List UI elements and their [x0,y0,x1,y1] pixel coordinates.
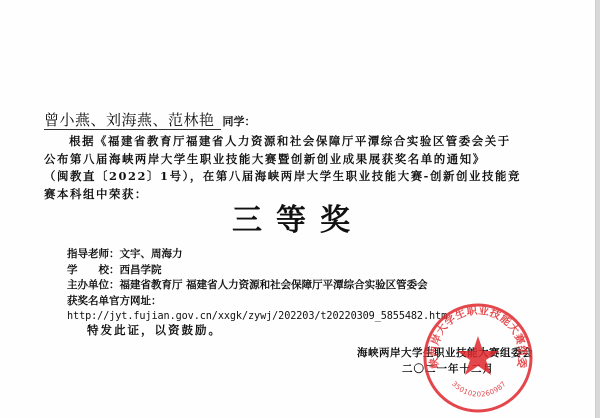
organizer-label: 主办单位： [67,279,120,291]
organizer-row: 主办单位：福建省教育厅 福建省人力资源和社会保障厅平潭综合实验区管委会 [67,278,447,294]
advisor-row: 指导老师：文宇、周海力 [67,247,447,263]
award-level-title: 三等奖 [0,203,596,239]
organizer-value: 福建省教育厅 福建省人力资源和社会保障厅平潭综合实验区管委会 [120,279,428,291]
certificate-page: 曾小燕、刘海燕、范林艳同学： 根据《福建省教育厅福建省人力资源和社会保障厅平潭综… [0,0,596,418]
official-url-label-row: 获奖名单官方网址： [67,294,447,310]
salutation: 同学： [223,115,256,128]
advisor-value: 文宇、周海力 [120,248,183,260]
citation-line-4: 赛本科组中荣获： [44,186,584,204]
recipients-line: 曾小燕、刘海燕、范林艳同学： [44,111,256,131]
official-seal-icon: 海峡两岸大学生职业技能大赛组委会 3501020260987 [422,302,534,414]
recipient-names: 曾小燕、刘海燕、范林艳 [44,111,221,130]
citation-line-1: 根据《福建省教育厅福建省人力资源和社会保障厅平潭综合实验区管委会关于 [44,133,584,151]
school-label: 学 校： [67,264,120,276]
award-citation: 根据《福建省教育厅福建省人力资源和社会保障厅平潭综合实验区管委会关于 公布第八届… [44,133,584,203]
school-row: 学 校：西昌学院 [67,263,447,279]
official-url-label: 获奖名单官方网址： [67,295,162,307]
svg-text:3501020260987: 3501020260987 [450,380,508,399]
citation-line-2: 公布第八届海峡两岸大学生职业技能大赛暨创新创业成果展获奖名单的通知》 [44,151,584,169]
official-url: http://jyt.fujian.gov.cn/xxgk/zywj/20220… [67,311,447,322]
vertical-scrollbar[interactable] [595,0,600,418]
closing-statement: 特发此证，以资鼓励。 [87,322,222,338]
advisor-label: 指导老师： [67,248,120,260]
school-value: 西昌学院 [120,264,162,276]
citation-line-3: （闽教直〔2022〕1号），在第八届海峡两岸大学生职业技能大赛-创新创业技能竞 [44,168,584,186]
seal-code: 3501020260987 [450,380,508,399]
award-details: 指导老师：文宇、周海力 学 校：西昌学院 主办单位：福建省教育厅 福建省人力资源… [67,247,447,325]
